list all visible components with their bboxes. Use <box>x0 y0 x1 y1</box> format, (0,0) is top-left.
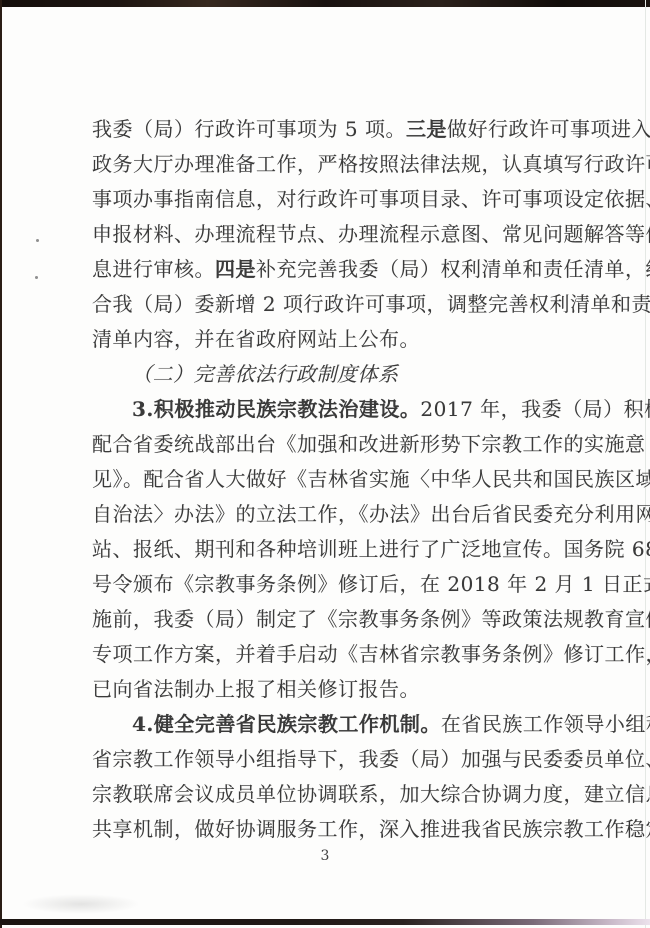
scan-speck <box>36 239 39 242</box>
body-text: 见》。配合省人大做好《吉林省实施〈中华人民共和国民族区域 <box>92 467 650 491</box>
emphasis-text: 四是 <box>215 257 256 281</box>
text-line: 配合省委统战部出台《加强和改进新形势下宗教工作的实施意 <box>92 427 584 462</box>
text-line: 政务大厅办理准备工作，严格按照法律法规，认真填写行政许可 <box>92 147 584 182</box>
text-line: 合我（局）委新增 2 项行政许可事项，调整完善权利清单和责任 <box>92 287 584 322</box>
body-text: 做好行政许可事项进入省 <box>447 117 650 141</box>
emphasis-text: 3.积极推动民族宗教法治建设。 <box>132 397 420 421</box>
text-line: 宗教联席会议成员单位协调联系，加大综合协调力度，建立信息 <box>92 777 584 812</box>
text-line: 自治法〉办法》的立法工作，《办法》出台后省民委充分利用网 <box>92 497 584 532</box>
body-text: 我委（局）行政许可事项为 5 项。 <box>92 117 406 141</box>
body-text: 息进行审核。 <box>92 257 215 281</box>
text-line: 省宗教工作领导小组指导下，我委（局）加强与民委委员单位、 <box>92 742 584 777</box>
body-text: 省宗教工作领导小组指导下，我委（局）加强与民委委员单位、 <box>92 747 650 771</box>
text-line: 共享机制，做好协调服务工作，深入推进我省民族宗教工作稳定 <box>92 812 584 847</box>
body-text: 补充完善我委（局）权利清单和责任清单，结 <box>256 257 650 281</box>
text-line: 已向省法制办上报了相关修订报告。 <box>92 672 584 707</box>
emphasis-text: 三是 <box>406 117 447 141</box>
text-line: 号令颁布《宗教事务条例》修订后，在 2018 年 2 月 1 日正式实 <box>92 567 584 602</box>
scan-artifact-bottom-edge <box>0 919 650 925</box>
text-line: 息进行审核。四是补充完善我委（局）权利清单和责任清单，结 <box>92 252 584 287</box>
body-text: 站、报纸、期刊和各种培训班上进行了广泛地宣传。国务院 686 <box>92 537 650 561</box>
section-heading-text: （二）完善依法行政制度体系 <box>132 362 399 386</box>
text-line: 施前，我委（局）制定了《宗教事务条例》等政策法规教育宣传 <box>92 602 584 637</box>
body-text: 政务大厅办理准备工作，严格按照法律法规，认真填写行政许可 <box>92 152 650 176</box>
scan-speck <box>35 276 38 279</box>
body-text: 共享机制，做好协调服务工作，深入推进我省民族宗教工作稳定 <box>92 817 650 841</box>
text-line: 我委（局）行政许可事项为 5 项。三是做好行政许可事项进入省 <box>92 112 584 147</box>
body-text: 施前，我委（局）制定了《宗教事务条例》等政策法规教育宣传 <box>92 607 650 631</box>
scan-artifact-top-edge <box>0 0 650 7</box>
scan-smudge <box>22 894 140 914</box>
body-text: 自治法〉办法》的立法工作，《办法》出台后省民委充分利用网 <box>92 502 650 526</box>
body-text: 合我（局）委新增 2 项行政许可事项，调整完善权利清单和责任 <box>92 292 650 316</box>
text-line: 专项工作方案，并着手启动《吉林省宗教事务条例》修订工作， <box>92 637 584 672</box>
body-text: 配合省委统战部出台《加强和改进新形势下宗教工作的实施意 <box>92 432 646 456</box>
text-line: 见》。配合省人大做好《吉林省实施〈中华人民共和国民族区域 <box>92 462 584 497</box>
body-text: 号令颁布《宗教事务条例》修订后，在 2018 年 2 月 1 日正式实 <box>92 572 650 596</box>
body-text: 已向省法制办上报了相关修订报告。 <box>92 677 420 701</box>
text-line: （二）完善依法行政制度体系 <box>92 357 584 392</box>
body-text: 事项办事指南信息，对行政许可事项目录、许可事项设定依据、 <box>92 187 650 211</box>
document-lines: 我委（局）行政许可事项为 5 项。三是做好行政许可事项进入省政务大厅办理准备工作… <box>92 112 584 847</box>
text-line: 清单内容，并在省政府网站上公布。 <box>92 322 584 357</box>
text-line: 站、报纸、期刊和各种培训班上进行了广泛地宣传。国务院 686 <box>92 532 584 567</box>
text-line: 申报材料、办理流程节点、办理流程示意图、常见问题解答等信 <box>92 217 584 252</box>
scanned-document-page: 我委（局）行政许可事项为 5 项。三是做好行政许可事项进入省政务大厅办理准备工作… <box>0 0 650 928</box>
text-line: 事项办事指南信息，对行政许可事项目录、许可事项设定依据、 <box>92 182 584 217</box>
body-text: 清单内容，并在省政府网站上公布。 <box>92 327 420 351</box>
body-text: 在省民族工作领导小组和 <box>441 712 650 736</box>
text-line: 3.积极推动民族宗教法治建设。2017 年，我委（局）积极 <box>92 392 584 427</box>
scan-artifact-left-edge <box>0 0 2 928</box>
body-text: 宗教联席会议成员单位协调联系，加大综合协调力度，建立信息 <box>92 782 650 806</box>
text-line: 4.健全完善省民族宗教工作机制。在省民族工作领导小组和 <box>92 707 584 742</box>
emphasis-text: 4.健全完善省民族宗教工作机制。 <box>132 712 441 736</box>
body-text: 专项工作方案，并着手启动《吉林省宗教事务条例》修订工作， <box>92 642 650 666</box>
body-text: 2017 年，我委（局）积极 <box>420 397 650 421</box>
page-number: 3 <box>0 846 650 866</box>
body-text: 申报材料、办理流程节点、办理流程示意图、常见问题解答等信 <box>92 222 650 246</box>
